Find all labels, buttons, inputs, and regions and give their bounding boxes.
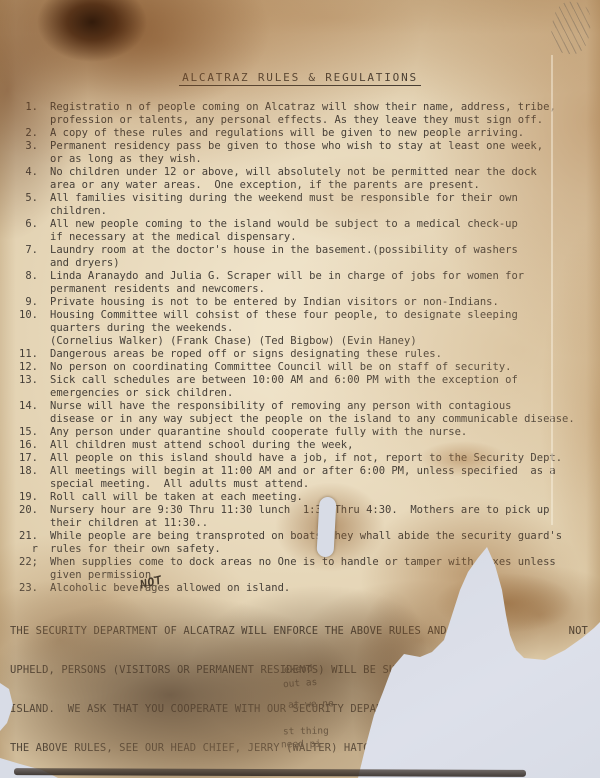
rule-text: Sick call schedules are between 10:00 AM… (50, 374, 518, 400)
rule-item: 6. All new people coming to the island w… (12, 218, 590, 244)
crease-line (551, 55, 553, 525)
rule-item: 22; When supplies come to dock areas no … (12, 556, 590, 582)
document-title: ALCATRAZ RULES & REGULATIONS (0, 71, 600, 84)
rule-item: 17. All people on this island should hav… (12, 452, 590, 465)
rule-number: 15. (12, 426, 38, 439)
rule-number: 13. (12, 374, 38, 387)
rules-list: 1. Registratio n of people coming on Alc… (12, 101, 590, 595)
rule-number: 7. (12, 244, 38, 257)
rule-number: 5. (12, 192, 38, 205)
rule-text: All meetings will begin at 11:00 AM and … (50, 465, 556, 491)
notice-line: THE SECURITY DEPARTMENT OF ALCATRAZ WILL… (10, 625, 600, 638)
rule-number: 18. (12, 465, 38, 478)
rule-text: rules for their own safety. (50, 543, 221, 556)
rule-number: 12. (12, 361, 38, 374)
rule-item: 7. Laundry room at the doctor's house in… (12, 244, 590, 270)
rule-text: Registratio n of people coming on Alcatr… (50, 101, 556, 127)
rule-text: A copy of these rules and regulations wi… (50, 127, 524, 140)
rule-text: All children must attend school during t… (50, 439, 353, 452)
rule-text: Laundry room at the doctor's house in th… (50, 244, 518, 270)
rule-text: Roll call will be taken at each meeting. (50, 491, 303, 504)
rule-number: 8. (12, 270, 38, 283)
rule-item: 23. Alcoholic beverages allowed on islan… (12, 582, 590, 595)
torn-text-fragment: st thing (283, 726, 329, 738)
rule-item: 15. Any person under quarantine should c… (12, 426, 590, 439)
rule-text: All people on this island should have a … (50, 452, 562, 465)
rule-text: Linda Aranaydo and Julia G. Scraper will… (50, 270, 524, 296)
rule-text: All new people coming to the island woul… (50, 218, 518, 244)
rule-item: 8. Linda Aranaydo and Julia G. Scraper w… (12, 270, 590, 296)
torn-text-fragment: at we ne (288, 698, 334, 711)
rule-number: r (12, 543, 38, 556)
torn-text-fragment: need pi (281, 739, 321, 751)
rule-number: 9. (12, 296, 38, 309)
rule-item: 10. Housing Committee will cohsist of th… (12, 309, 590, 348)
rule-item: 19. Roll call will be taken at each meet… (12, 491, 590, 504)
rule-text: Dangerous areas be roped off or signs de… (50, 348, 442, 361)
rule-number: 11. (12, 348, 38, 361)
rule-number: 10. (12, 309, 38, 322)
paper-hole (316, 497, 336, 558)
rule-item: 14. Nurse will have the responsibility o… (12, 400, 590, 426)
rule-text: Any person under quarantine should coope… (50, 426, 467, 439)
rule-text: Housing Committee will cohsist of these … (50, 309, 518, 348)
rule-text: Nurse will have the responsibility of re… (50, 400, 575, 426)
rule-item: r rules for their own safety. (12, 543, 590, 556)
rule-item: 20. Nursery hour are 9:30 Thru 11:30 lun… (12, 504, 590, 530)
rule-number: 14. (12, 400, 38, 413)
rule-item: 13. Sick call schedules are between 10:0… (12, 374, 590, 400)
rule-number: 19. (12, 491, 38, 504)
scanned-document-page: { "document": { "title": "ALCATRAZ RULES… (0, 0, 600, 778)
torn-text-fragment: ekend (284, 663, 313, 675)
rule-number: 23. (12, 582, 38, 595)
rule-number: 17. (12, 452, 38, 465)
rule-text: While people are being transproted on bo… (50, 530, 562, 543)
rule-number: 3. (12, 140, 38, 153)
rule-number: 16. (12, 439, 38, 452)
rule-text: Private housing is not to be entered by … (50, 296, 499, 309)
rule-text: Permanent residency pass be given to tho… (50, 140, 543, 166)
rule-item: 18. All meetings will begin at 11:00 AM … (12, 465, 590, 491)
rule-text: All families visiting during the weekend… (50, 192, 518, 218)
rule-item: 21. While people are being transproted o… (12, 530, 590, 543)
rule-text: Nursery hour are 9:30 Thru 11:30 lunch 1… (50, 504, 549, 530)
rule-number: 1. (12, 101, 38, 114)
rule-number: 21. (12, 530, 38, 543)
rule-text: No person on coordinating Committee Coun… (50, 361, 511, 374)
rule-number: 20. (12, 504, 38, 517)
rule-number: 2. (12, 127, 38, 140)
rule-item: 5. All families visiting during the week… (12, 192, 590, 218)
rule-item: 2. A copy of these rules and regulations… (12, 127, 590, 140)
rule-item: 12. No person on coordinating Committee … (12, 361, 590, 374)
rule-item: 4. No children under 12 or above, will a… (12, 166, 590, 192)
rule-item: 9. Private housing is not to be entered … (12, 296, 590, 309)
rule-item: 11. Dangerous areas be roped off or sign… (12, 348, 590, 361)
rule-number: 22; (12, 556, 38, 569)
rule-text: No children under 12 or above, will abso… (50, 166, 537, 192)
rule-item: 16. All children must attend school duri… (12, 439, 590, 452)
rule-item: 1. Registratio n of people coming on Alc… (12, 101, 590, 127)
rule-number: 6. (12, 218, 38, 231)
rule-text: Alcoholic beverages allowed on island. (50, 582, 290, 595)
rule-number: 4. (12, 166, 38, 179)
rule-item: 3. Permanent residency pass be given to … (12, 140, 590, 166)
